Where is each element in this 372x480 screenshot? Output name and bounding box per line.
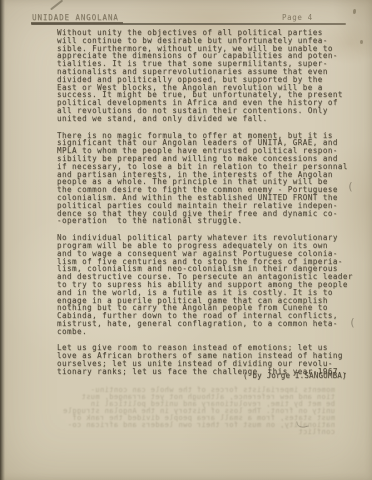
bleedthrough-line: conflict [55, 429, 335, 436]
bleedthrough-line: nationality, on must for their own leade… [55, 422, 335, 429]
scan-edge-shadow [0, 0, 5, 480]
text-line: mistrust, hate, general conflagration, t… [57, 320, 359, 328]
margin-pen-mark: ( [347, 180, 354, 193]
masthead-underline [31, 22, 123, 24]
text-line: combe. [57, 328, 359, 336]
scanned-document-page: UNIDADE ANGOLANA Page 4 Without unity th… [0, 0, 372, 480]
masthead-title: UNIDADE ANGOLANA [32, 13, 119, 22]
ink-spot [353, 9, 356, 14]
paragraph: No individual political party whatever i… [57, 234, 359, 335]
paragraph: There is no magic formula to offer at mo… [57, 132, 359, 226]
margin-pen-mark: ( [349, 316, 356, 329]
paragraph: Without unity the objectives of all poli… [57, 29, 359, 123]
byline: ( by Jorge I.SANGUMBA) [243, 371, 347, 380]
text-line: united we stand, and only divided we fal… [57, 115, 359, 123]
page-number: Page 4 [282, 13, 313, 22]
ink-bleedthrough-text: moments imperialists forces of the whole… [55, 387, 335, 436]
ink-spot [360, 40, 363, 44]
document-body-text: Without unity the objectives of all poli… [57, 29, 359, 385]
pencil-mark [50, 0, 63, 10]
text-line: -operation to the national struggle. [57, 217, 359, 225]
